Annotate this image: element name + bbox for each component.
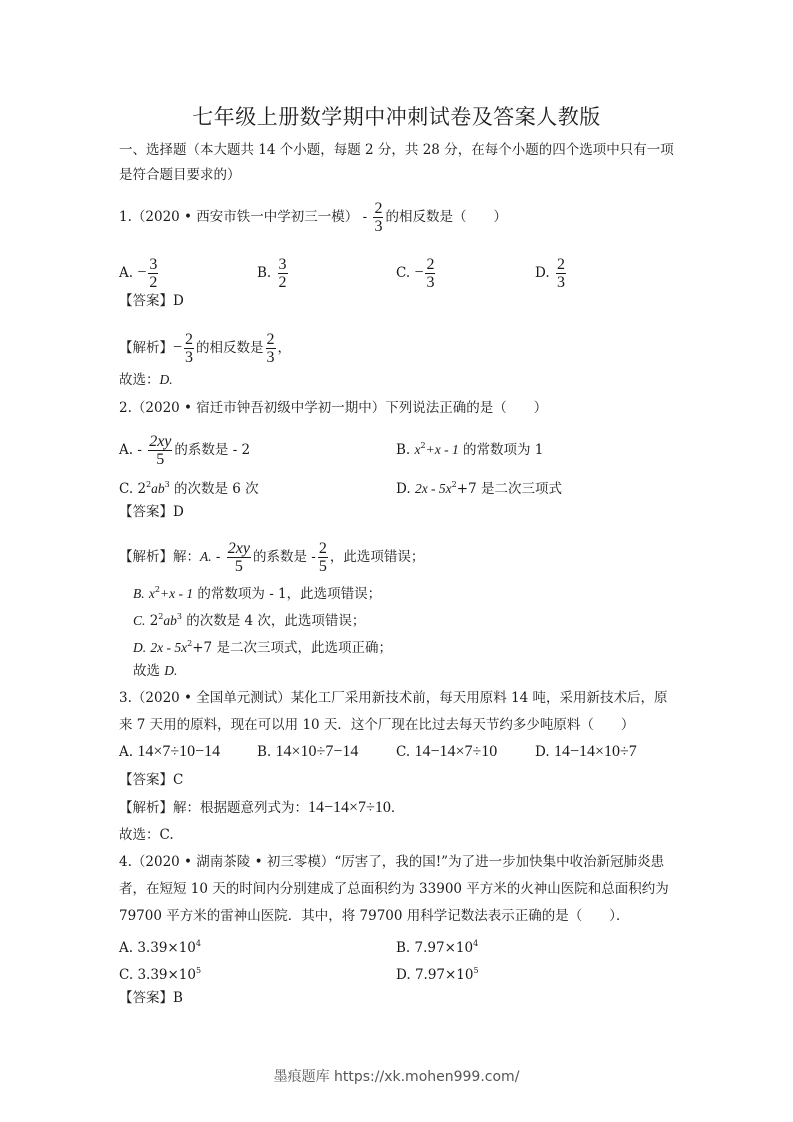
question-number: 1. (119, 209, 132, 225)
fraction: 23 (373, 200, 383, 235)
question-4-stem-cont2: 79700 平方米的雷神山医院．其中，将 79700 用科学记数法表示正确的是（… (119, 907, 630, 925)
question-2-analysis-b: B. x2+x - 1 的常数项为 - 1，此选项错误； (133, 581, 381, 603)
question-3-stem: 3.（2020 • 全国单元测试）某化工厂采用新技术前，每天用原料 14 吨，采… (119, 689, 668, 707)
question-2-conclusion: 故选 D. (133, 662, 177, 680)
question-3-option-a: A. 14×7÷10−14 (119, 743, 220, 761)
question-3-option-b: B. 14×10÷7−14 (257, 743, 358, 761)
question-3-option-c: C. 14−14×7÷10 (396, 743, 497, 761)
question-4-option-a: A. 3.39×104 (119, 935, 201, 957)
question-3-analysis: 【解析】解：根据题意列式为：14−14×7÷10． (119, 799, 404, 817)
question-1-stem: 1.（2020 • 西安市铁一中学初三一模） - 23的相反数是（ ） (119, 200, 507, 235)
question-2-analysis-a: 【解析】解：A. - 2xy5的系数是 -25，此选项错误； (119, 540, 424, 575)
footer-watermark: 墨痕题库 https://xk.mohen999.com/ (0, 1066, 793, 1086)
question-4-stem-cont: 者，在短短 10 天的时间内分别建成了总面积约为 33900 平方米的火神山医院… (119, 880, 669, 898)
question-3-option-d: D. 14−14×10÷7 (535, 743, 637, 761)
question-2-answer: 【答案】D (119, 503, 184, 521)
question-3-stem-cont: 来 7 天用的原料，现在可以用 10 天．这个厂现在比过去每天节约多少吨原料（ … (119, 716, 634, 734)
question-4-option-d: D. 7.97×105 (396, 962, 479, 984)
section-heading: 一、选择题（本大题共 14 个小题，每题 2 分，共 28 分，在每个小题的四个… (119, 141, 674, 159)
question-4-stem: 4.（2020 • 湖南茶陵 • 初三零模）“厉害了，我的国!”为了进一步加快集… (119, 853, 664, 871)
page-title: 七年级上册数学期中冲刺试卷及答案人教版 (0, 101, 793, 131)
question-1-option-a: A. −32 (119, 256, 160, 291)
section-heading-cont: 是符合题目要求的） (119, 166, 241, 184)
question-4-option-c: C. 3.39×105 (119, 962, 201, 984)
question-2-option-a: A. - 2xy5的系数是 - 2 (119, 433, 250, 468)
question-source: （2020 • 西安市铁一中学初三一模） (132, 209, 358, 225)
question-1-conclusion: 故选：D. (119, 371, 173, 389)
question-4-answer: 【答案】B (119, 989, 183, 1007)
question-2-stem: 2.（2020 • 宿迁市钟吾初级中学初一期中）下列说法正确的是（ ） (119, 399, 547, 417)
question-1-answer: 【答案】D (119, 292, 184, 310)
exam-page: 七年级上册数学期中冲刺试卷及答案人教版 一、选择题（本大题共 14 个小题，每题… (0, 0, 793, 1122)
question-2-option-c: C. 22ab3 的次数是 6 次 (119, 476, 259, 498)
question-2-analysis-c: C. 22ab3 的次数是 4 次，此选项错误； (133, 608, 365, 630)
question-1-analysis: 【解析】−23的相反数是23， (119, 331, 291, 366)
question-3-conclusion: 故选：C. (119, 826, 174, 844)
stem-text: 的相反数是（ ） (385, 209, 507, 225)
sign: - (363, 209, 368, 225)
question-1-option-c: C. −23 (396, 256, 437, 291)
question-1-option-b: B. 32 (257, 256, 290, 291)
question-2-option-b: B. x2+x - 1 的常数项为 1 (396, 437, 543, 459)
question-1-option-d: D. 23 (535, 256, 568, 291)
question-3-answer: 【答案】C (119, 771, 183, 789)
question-2-option-d: D. 2x - 5x2+7 是二次三项式 (396, 476, 562, 498)
question-2-analysis-d: D. 2x - 5x2+7 是二次三项式，此选项正确； (133, 635, 392, 657)
question-4-option-b: B. 7.97×104 (396, 935, 478, 957)
